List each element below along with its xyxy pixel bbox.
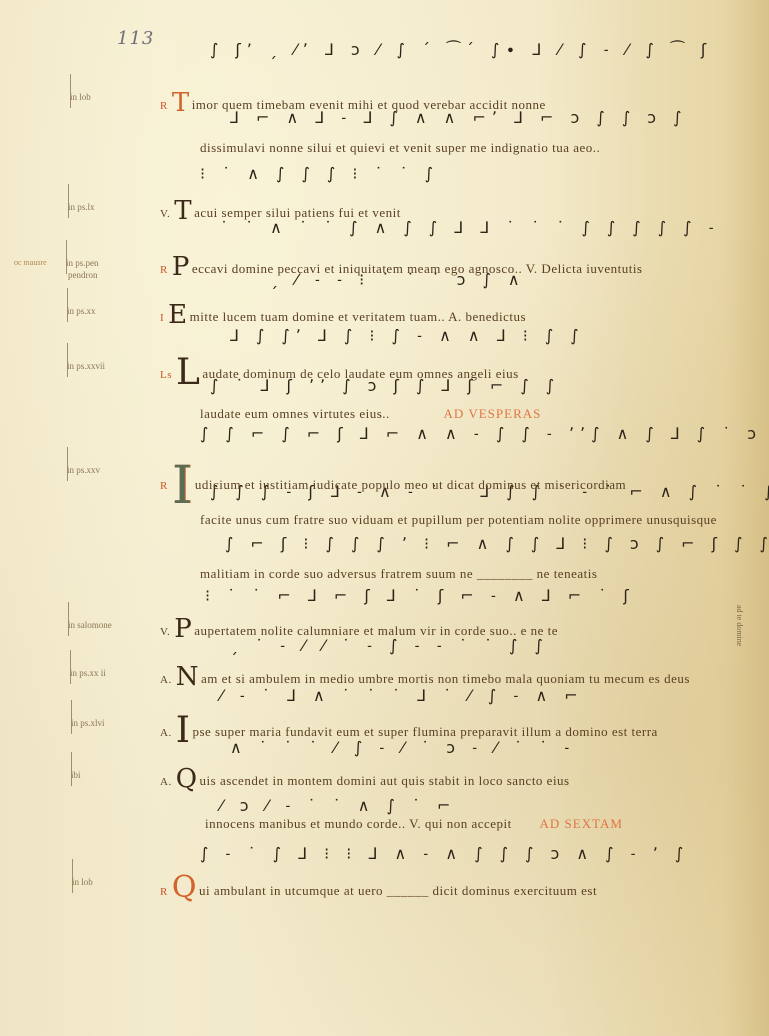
chant-text: audate dominum de celo laudate eum omnes…	[202, 366, 518, 381]
chant-text: uis ascendet in montem domini aut quis s…	[200, 773, 570, 788]
antiphon-cue: A.	[160, 674, 172, 686]
text-line: RTimor quem timebam evenit mihi et quod …	[160, 88, 546, 118]
right-margin-note: ad te domine	[735, 605, 744, 646]
chant-text: acui semper silui patiens fui et venit	[194, 205, 401, 220]
text-line: innocens manibus et mundo corde.. V. qui…	[205, 816, 623, 832]
chant-text: mitte lucem tuam domine et veritatem tua…	[190, 309, 526, 324]
initial: T	[174, 196, 192, 226]
initial: P	[172, 252, 190, 282]
responsory-cue: R	[160, 480, 168, 492]
text-line: A.Nam et si ambulem in medio umbre morti…	[160, 662, 690, 692]
folio-number: 113	[117, 28, 154, 49]
text-line: LsLaudate dominum de celo laudate eum om…	[160, 352, 519, 393]
responsory-cue: R	[160, 100, 168, 112]
initial: I	[176, 710, 191, 751]
initial: L	[176, 352, 200, 393]
text-line: dissimulavi nonne silui et quievi et ven…	[200, 140, 600, 156]
manuscript-page: 113 in lob in ps.lx oc mausre in ps.pen …	[0, 0, 769, 1036]
initial: Q	[176, 764, 198, 794]
initial: N	[176, 662, 199, 692]
text-line: V.Paupertatem nolite calumniare et malum…	[160, 614, 558, 644]
margin-rubric: in lob	[72, 877, 93, 887]
chant-text: eccavi domine peccavi et iniquitatem mea…	[192, 261, 643, 276]
neume-row: ⁝ ˙ ˙ ⌐ ⅃ ⌐ ʃ ⅃ ˙ ʃ ⌐ ˗ ∧ ⅃ ⌐ ˙ ʃ	[205, 586, 635, 605]
margin-note: oc mausre	[14, 258, 47, 267]
cue: Ls	[160, 369, 172, 381]
margin-rubric: in lob	[70, 92, 91, 102]
decorated-initial: I	[172, 456, 193, 516]
neume-row: ∫ ˗ ˙ ∫ ⅃ ⁝ ⁝ ⅃ ∧ ˗ ∧ ∫ ∫ ∫ ↄ ∧ ∫ ˗ ʼ ∫	[200, 844, 689, 863]
margin-rubric: in ps.pen	[66, 258, 99, 268]
chant-text: udicium et iustitiam iudicate populo meo…	[195, 477, 626, 492]
text-line: malitiam in corde suo adversus fratrem s…	[200, 566, 597, 582]
chant-text: imor quem timebam evenit mihi et quod ve…	[192, 97, 546, 112]
text-line: RQui ambulant in utcumque at uero ______…	[160, 870, 597, 905]
rubric-heading: AD SEXTAM	[540, 816, 623, 831]
neume-row: ∫ ∫ ⌐ ∫ ⌐ ʃ ⅃ ⌐ ∧ ∧ ˗ ∫ ∫ ˗ ʼʼ∫ ∧ ∫ ⅃ ∫ …	[200, 424, 769, 443]
margin-rubric: in ps.xx	[67, 306, 96, 316]
text-line: laudate eum omnes virtutes eius.. AD VES…	[200, 406, 541, 422]
margin-rubric: ibi	[71, 770, 81, 780]
chant-text: laudate eum omnes virtutes eius..	[200, 406, 390, 421]
rubric-heading: AD VESPERAS	[444, 406, 542, 421]
margin-rubric: in ps.xxvii	[67, 361, 105, 371]
neume-row: ∫ ⌐ ʃ ⁝ ∫ ∫ ∫ ʼ ⁝ ⌐ ∧ ∫ ∫ ⅃ ⁝ ∫ ↄ ∫ ⌐ ʃ …	[225, 534, 769, 553]
text-line: RIudicium et iustitiam iudicate populo m…	[160, 456, 626, 516]
antiphon-cue: A.	[160, 776, 172, 788]
chant-text: aupertatem nolite calumniare et malum vi…	[194, 623, 558, 638]
cue: I	[160, 312, 164, 324]
chant-text: ui ambulant in utcumque at uero ______ d…	[199, 883, 597, 898]
responsory-cue: R	[160, 264, 168, 276]
rubricated-initial: Q	[172, 870, 197, 905]
margin-rubric: in ps.xx ii	[70, 668, 106, 678]
rubricated-initial: T	[172, 88, 190, 118]
neume-row: ∫ ʃ’ ˏ ⁄ʼ ⅃ ↄ ⁄ ∫ ˊ ⁀ˊ ∫∙ ⅃ ⁄ ∫ ˗ ⁄ ∫ ⁀ …	[210, 40, 712, 59]
text-line: RPeccavi domine peccavi et iniquitatem m…	[160, 252, 642, 282]
initial: P	[174, 614, 192, 644]
antiphon-cue: A.	[160, 727, 172, 739]
margin-rubric: in ps.lx	[68, 202, 95, 212]
text-line: V.Tacui semper silui patiens fui et veni…	[160, 196, 401, 226]
chant-text: am et si ambulem in medio umbre mortis n…	[201, 671, 690, 686]
text-line: IEmitte lucem tuam domine et veritatem t…	[160, 300, 526, 330]
chant-text: innocens manibus et mundo corde.. V. qui…	[205, 816, 512, 831]
neume-row: ⁝ ˙ ∧ ∫ ∫ ∫ ⁝ ˙ ˙ ∫	[200, 164, 439, 183]
text-line: A.Ipse super maria fundavit eum et super…	[160, 710, 658, 751]
responsory-cue: R	[160, 886, 168, 898]
verse-cue: V.	[160, 208, 170, 220]
margin-rubric-extra: pendron	[68, 270, 98, 280]
initial: E	[168, 300, 187, 330]
margin-rubric: in ps.xlvi	[71, 718, 105, 728]
margin-rubric: in ps.xxv	[67, 465, 100, 475]
text-line: A.Quis ascendet in montem domini aut qui…	[160, 764, 570, 794]
margin-rubric: in salomone	[68, 620, 112, 630]
text-line: facite unus cum fratre suo viduam et pup…	[200, 512, 717, 528]
verse-cue: V.	[160, 626, 170, 638]
chant-text: pse super maria fundavit eum et super fl…	[192, 724, 657, 739]
neume-row: ⁄ ↄ ⁄ ˗ ˙ ˙ ∧ ∫ ˙ ⌐	[220, 796, 456, 815]
